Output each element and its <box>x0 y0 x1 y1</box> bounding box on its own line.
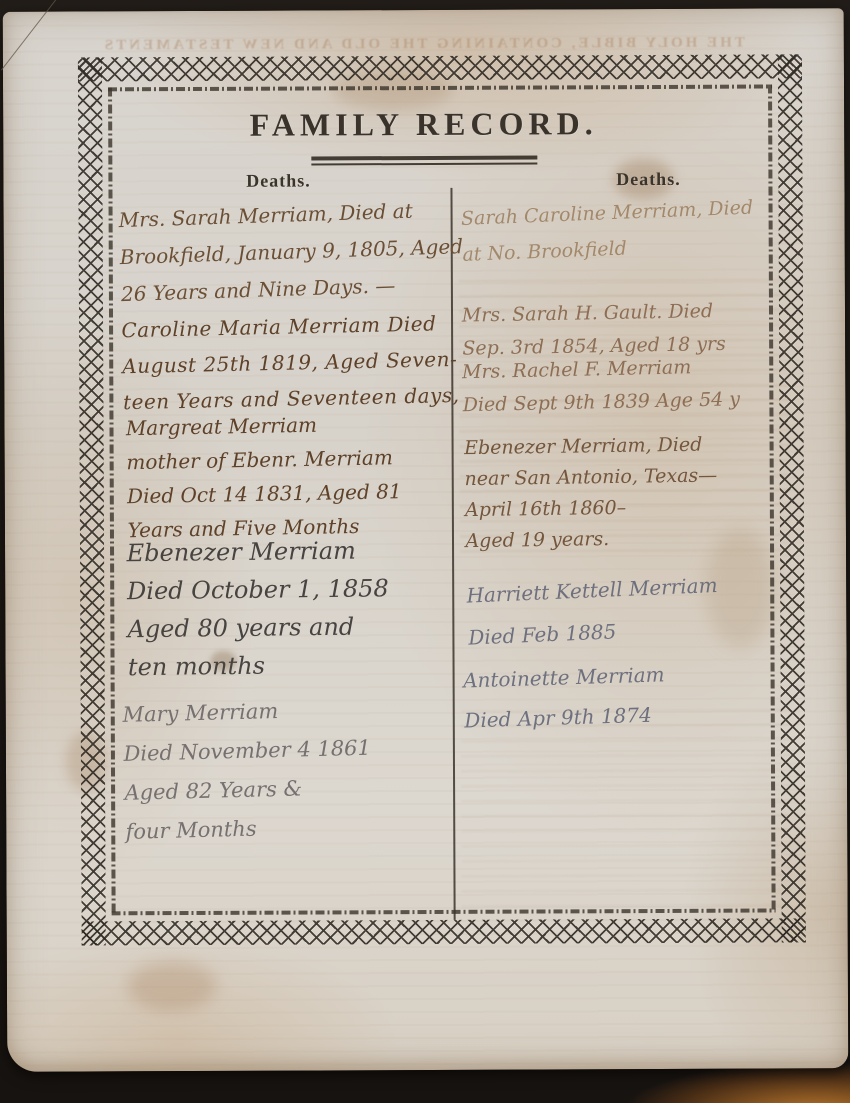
death-entry-ebenezer-merriam: Ebenezer Merriam Died October 1, 1858 Ag… <box>126 531 389 686</box>
entry-line: Died November 4 1861 <box>123 729 371 774</box>
death-entry-margreat-merriam: Margreat Merriam mother of Ebenr. Merria… <box>125 406 402 547</box>
entry-line: Mrs. Sarah H. Gault. Died <box>462 295 726 333</box>
scanned-book-page: THE HOLY BIBLE, CONTAINING THE OLD AND N… <box>3 8 849 1072</box>
border-bead-rule-right <box>768 84 776 912</box>
border-lattice-left <box>78 57 106 945</box>
stain <box>127 961 217 1011</box>
page-corner-crease <box>1 0 58 70</box>
page-title: FAMILY RECORD. <box>3 104 844 145</box>
death-entry-harriett-kettell-merriam: Harriett Kettell Merriam Died Feb 1885 <box>466 564 721 659</box>
title-double-rule <box>311 156 537 166</box>
death-entry-mary-merriam: Mary Merriam Died November 4 1861 Aged 8… <box>122 690 373 852</box>
entry-line: Aged 19 years. <box>465 522 718 557</box>
entry-line: April 16th 1860– <box>465 491 718 526</box>
border-bead-rule-bottom <box>112 908 776 915</box>
death-entry-sarah-caroline-merriam: Sarah Caroline Merriam, Died at No. Broo… <box>460 189 755 272</box>
entry-line: Died Apr 9th 1874 <box>464 694 667 740</box>
border-bead-rule-top <box>108 84 772 91</box>
entry-line: Aged 82 Years & <box>124 768 372 813</box>
death-entry-rachel-f-merriam: Mrs. Rachel F. Merriam Died Sept 9th 183… <box>462 350 741 422</box>
entry-line: near San Antonio, Texas— <box>464 460 717 495</box>
entry-line: four Months <box>125 807 373 852</box>
border-lattice-top <box>78 54 802 81</box>
entry-line: Died Sept 9th 1839 Age 54 y <box>462 383 740 422</box>
death-entry-antoinette-merriam: Antoinette Merriam Died Apr 9th 1874 <box>463 654 667 740</box>
entry-line: Mary Merriam <box>122 690 370 735</box>
entry-line: Ebenezer Merriam, Died <box>464 429 717 464</box>
border-lattice-right <box>778 54 806 942</box>
entry-line: ten months <box>128 645 390 686</box>
entry-line: Ebenezer Merriam <box>126 531 388 572</box>
entry-line: Margreat Merriam <box>125 406 400 445</box>
entry-line: Aged 80 years and <box>127 607 389 648</box>
border-bead-rule-left <box>108 87 116 915</box>
entry-line: Died Oct 14 1831, Aged 81 <box>127 474 402 513</box>
entry-line: mother of Ebenr. Merriam <box>126 440 401 479</box>
death-entry-caroline-maria-merriam: Caroline Maria Merriam Died August 25th … <box>121 305 460 420</box>
death-entry-sarah-merriam: Mrs. Sarah Merriam, Died at Brookfield, … <box>118 191 465 313</box>
border-lattice-bottom <box>82 918 806 945</box>
left-column-header: Deaths. <box>233 170 323 191</box>
entry-line: Died October 1, 1858 <box>127 569 389 610</box>
entry-line: Antoinette Merriam <box>463 654 666 700</box>
death-entry-ebenezer-merriam-texas: Ebenezer Merriam, Died near San Antonio,… <box>464 429 718 557</box>
bleed-through-text: THE HOLY BIBLE, CONTAINING THE OLD AND N… <box>3 34 844 55</box>
right-column-header: Deaths. <box>603 169 693 190</box>
